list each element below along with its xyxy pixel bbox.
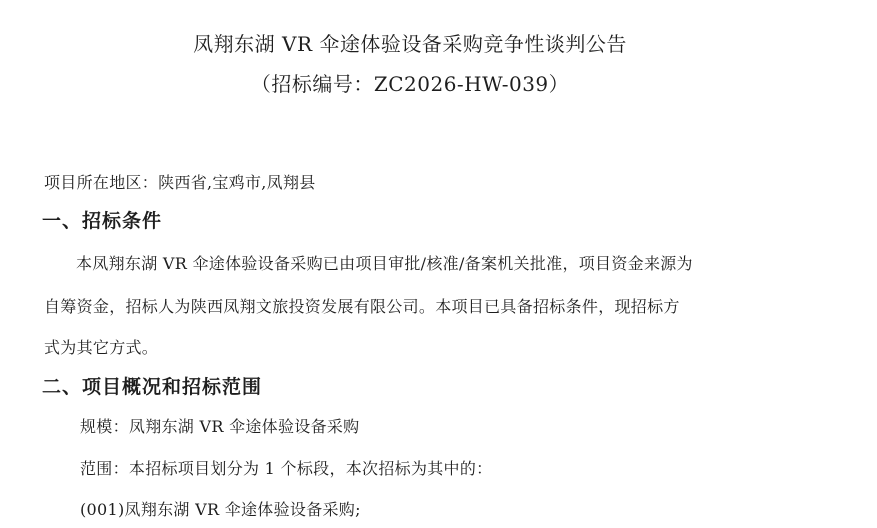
document-title: 凤翔东湖 VR 伞途体验设备采购竞争性谈判公告 — [0, 28, 820, 57]
project-scope: 范围：本招标项目划分为 1 个标段，本次招标为其中的： — [80, 456, 492, 479]
bid-number: （招标编号：ZC2026-HW-039） — [0, 68, 820, 97]
paragraph-line: 自筹资金，招标人为陕西凤翔文旅投资发展有限公司。本项目已具备招标条件，现招标方 — [44, 294, 680, 317]
section-heading-bidding-conditions: 一、招标条件 — [42, 206, 162, 233]
lot-item: (001)凤翔东湖 VR 伞途体验设备采购; — [80, 497, 361, 520]
section-heading-project-overview: 二、项目概况和招标范围 — [42, 372, 262, 399]
announcement-document: 凤翔东湖 VR 伞途体验设备采购竞争性谈判公告 （招标编号：ZC2026-HW-… — [0, 0, 877, 528]
paragraph-line: 式为其它方式。 — [44, 335, 158, 358]
paragraph-line: 本凤翔东湖 VR 伞途体验设备采购已由项目审批/核准/备案机关批准，项目资金来源… — [76, 251, 693, 274]
project-scale: 规模：凤翔东湖 VR 伞途体验设备采购 — [80, 414, 359, 437]
project-region: 项目所在地区：陕西省,宝鸡市,凤翔县 — [44, 170, 316, 193]
